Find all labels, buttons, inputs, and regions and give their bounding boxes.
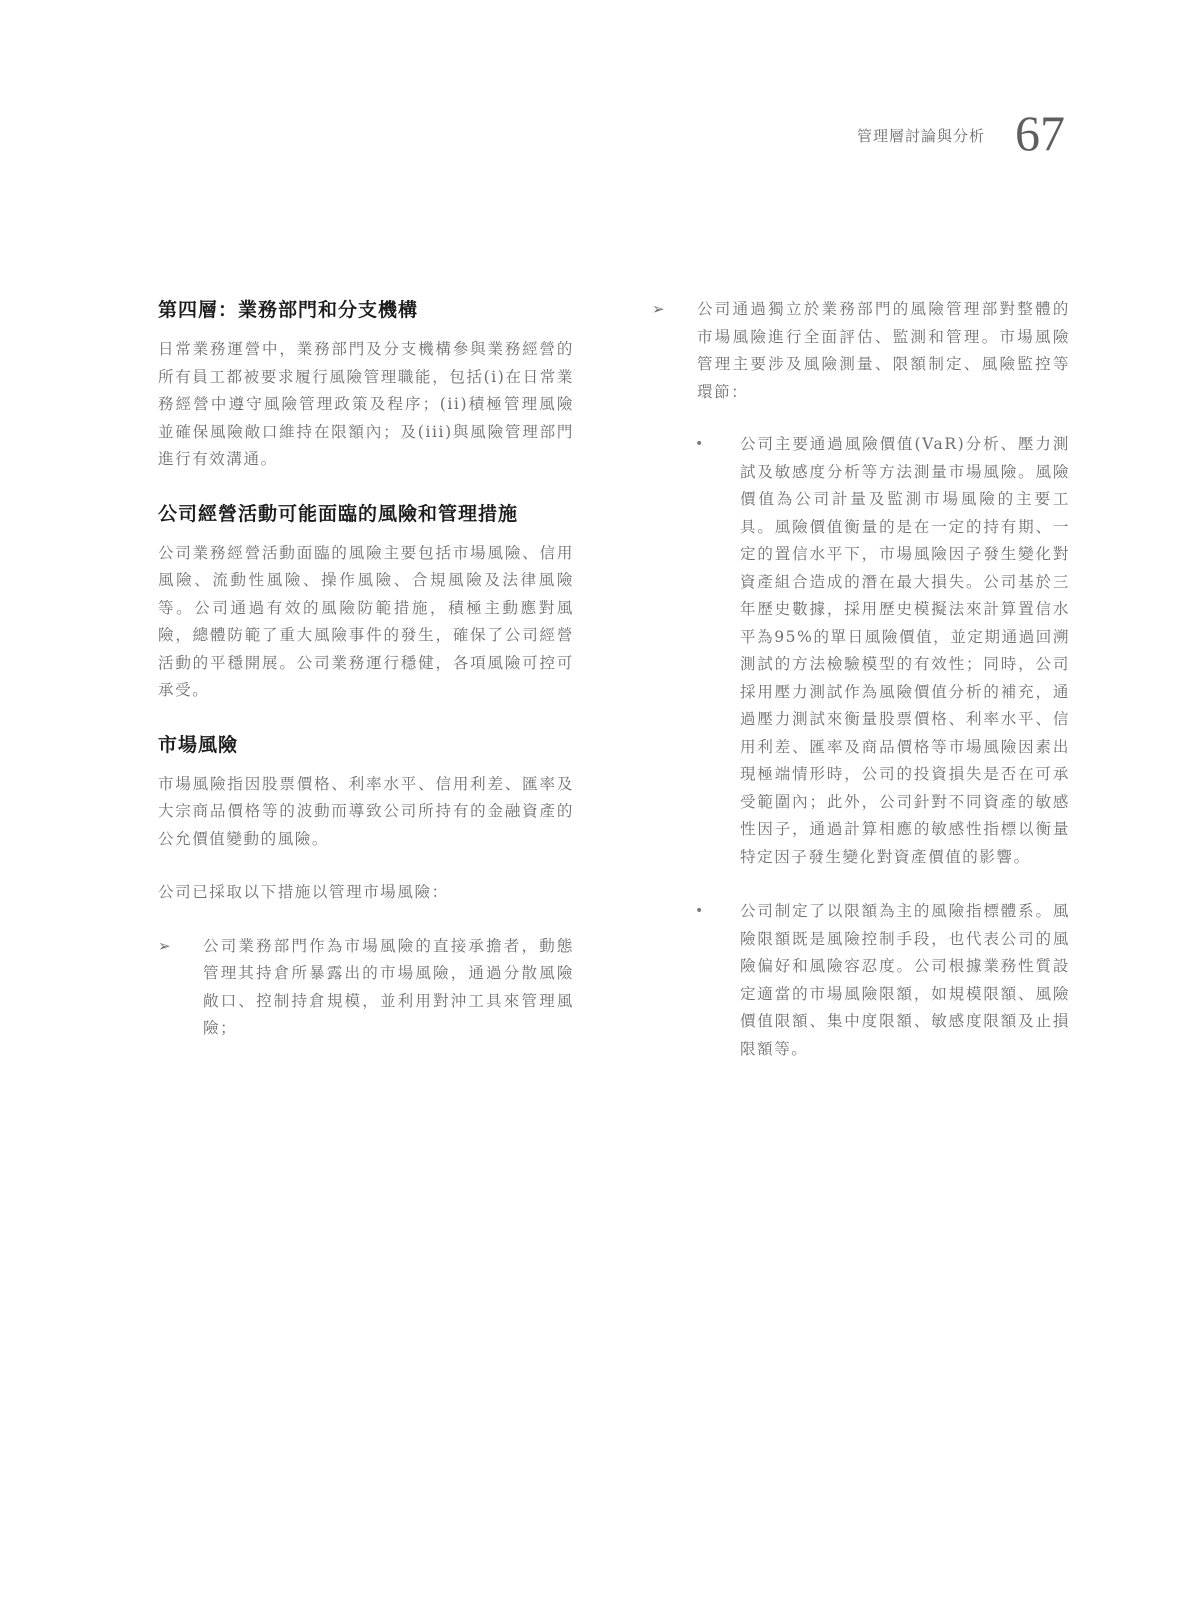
section-heading: 公司經營活動可能面臨的風險和管理措施 <box>158 500 574 528</box>
bullet-text: 公司制定了以限額為主的風險指標體系。風險限額既是風險控制手段，也代表公司的風險偏… <box>740 898 1070 1063</box>
section-paragraph: 日常業務運營中，業務部門及分支機構參與業務經營的所有員工都被要求履行風險管理職能… <box>158 336 574 474</box>
list-item-text: 公司業務部門作為市場風險的直接承擔者，動態管理其持倉所暴露出的市場風險，通過分散… <box>203 933 574 1043</box>
bullet-text: 公司主要通過風險價值(VaR)分析、壓力測試及敏感度分析等方法測量市場風險。風險… <box>740 431 1070 871</box>
bullet-dot-icon: • <box>695 431 740 871</box>
left-column: 第四層：業務部門和分支機構 日常業務運營中，業務部門及分支機構參與業務經營的所有… <box>158 296 574 1043</box>
measures-intro: 公司已採取以下措施以管理市場風險： <box>158 879 574 907</box>
page-header: 管理層討論與分析 67 <box>857 98 1065 158</box>
arrow-bullet-icon: ➢ <box>652 296 697 406</box>
section-heading: 市場風險 <box>158 731 574 759</box>
bullet-dot-icon: • <box>695 898 740 1063</box>
section-paragraph: 市場風險指因股票價格、利率水平、信用利差、匯率及大宗商品價格等的波動而導致公司所… <box>158 771 574 854</box>
list-item: ➢ 公司通過獨立於業務部門的風險管理部對整體的市場風險進行全面評估、監測和管理。… <box>652 296 1070 406</box>
list-item: ➢ 公司業務部門作為市場風險的直接承擔者，動態管理其持倉所暴露出的市場風險，通過… <box>158 933 574 1043</box>
bullet-item: • 公司主要通過風險價值(VaR)分析、壓力測試及敏感度分析等方法測量市場風險。… <box>695 431 1070 871</box>
bullet-item: • 公司制定了以限額為主的風險指標體系。風險限額既是風險控制手段，也代表公司的風… <box>695 898 1070 1063</box>
bullet-list: • 公司主要通過風險價值(VaR)分析、壓力測試及敏感度分析等方法測量市場風險。… <box>652 431 1070 1063</box>
section-market-risk: 市場風險 市場風險指因股票價格、利率水平、信用利差、匯率及大宗商品價格等的波動而… <box>158 731 574 854</box>
arrow-bullet-icon: ➢ <box>158 933 203 1043</box>
section-business-units: 第四層：業務部門和分支機構 日常業務運營中，業務部門及分支機構參與業務經營的所有… <box>158 296 574 474</box>
section-heading: 第四層：業務部門和分支機構 <box>158 296 574 324</box>
section-risks-and-measures: 公司經營活動可能面臨的風險和管理措施 公司業務經營活動面臨的風險主要包括市場風險… <box>158 500 574 705</box>
list-item-text: 公司通過獨立於業務部門的風險管理部對整體的市場風險進行全面評估、監測和管理。市場… <box>697 296 1070 406</box>
section-paragraph: 公司業務經營活動面臨的風險主要包括市場風險、信用風險、流動性風險、操作風險、合規… <box>158 540 574 705</box>
right-column: ➢ 公司通過獨立於業務部門的風險管理部對整體的市場風險進行全面評估、監測和管理。… <box>652 296 1070 1090</box>
page-number: 67 <box>1015 108 1065 158</box>
running-title: 管理層討論與分析 <box>857 125 985 146</box>
